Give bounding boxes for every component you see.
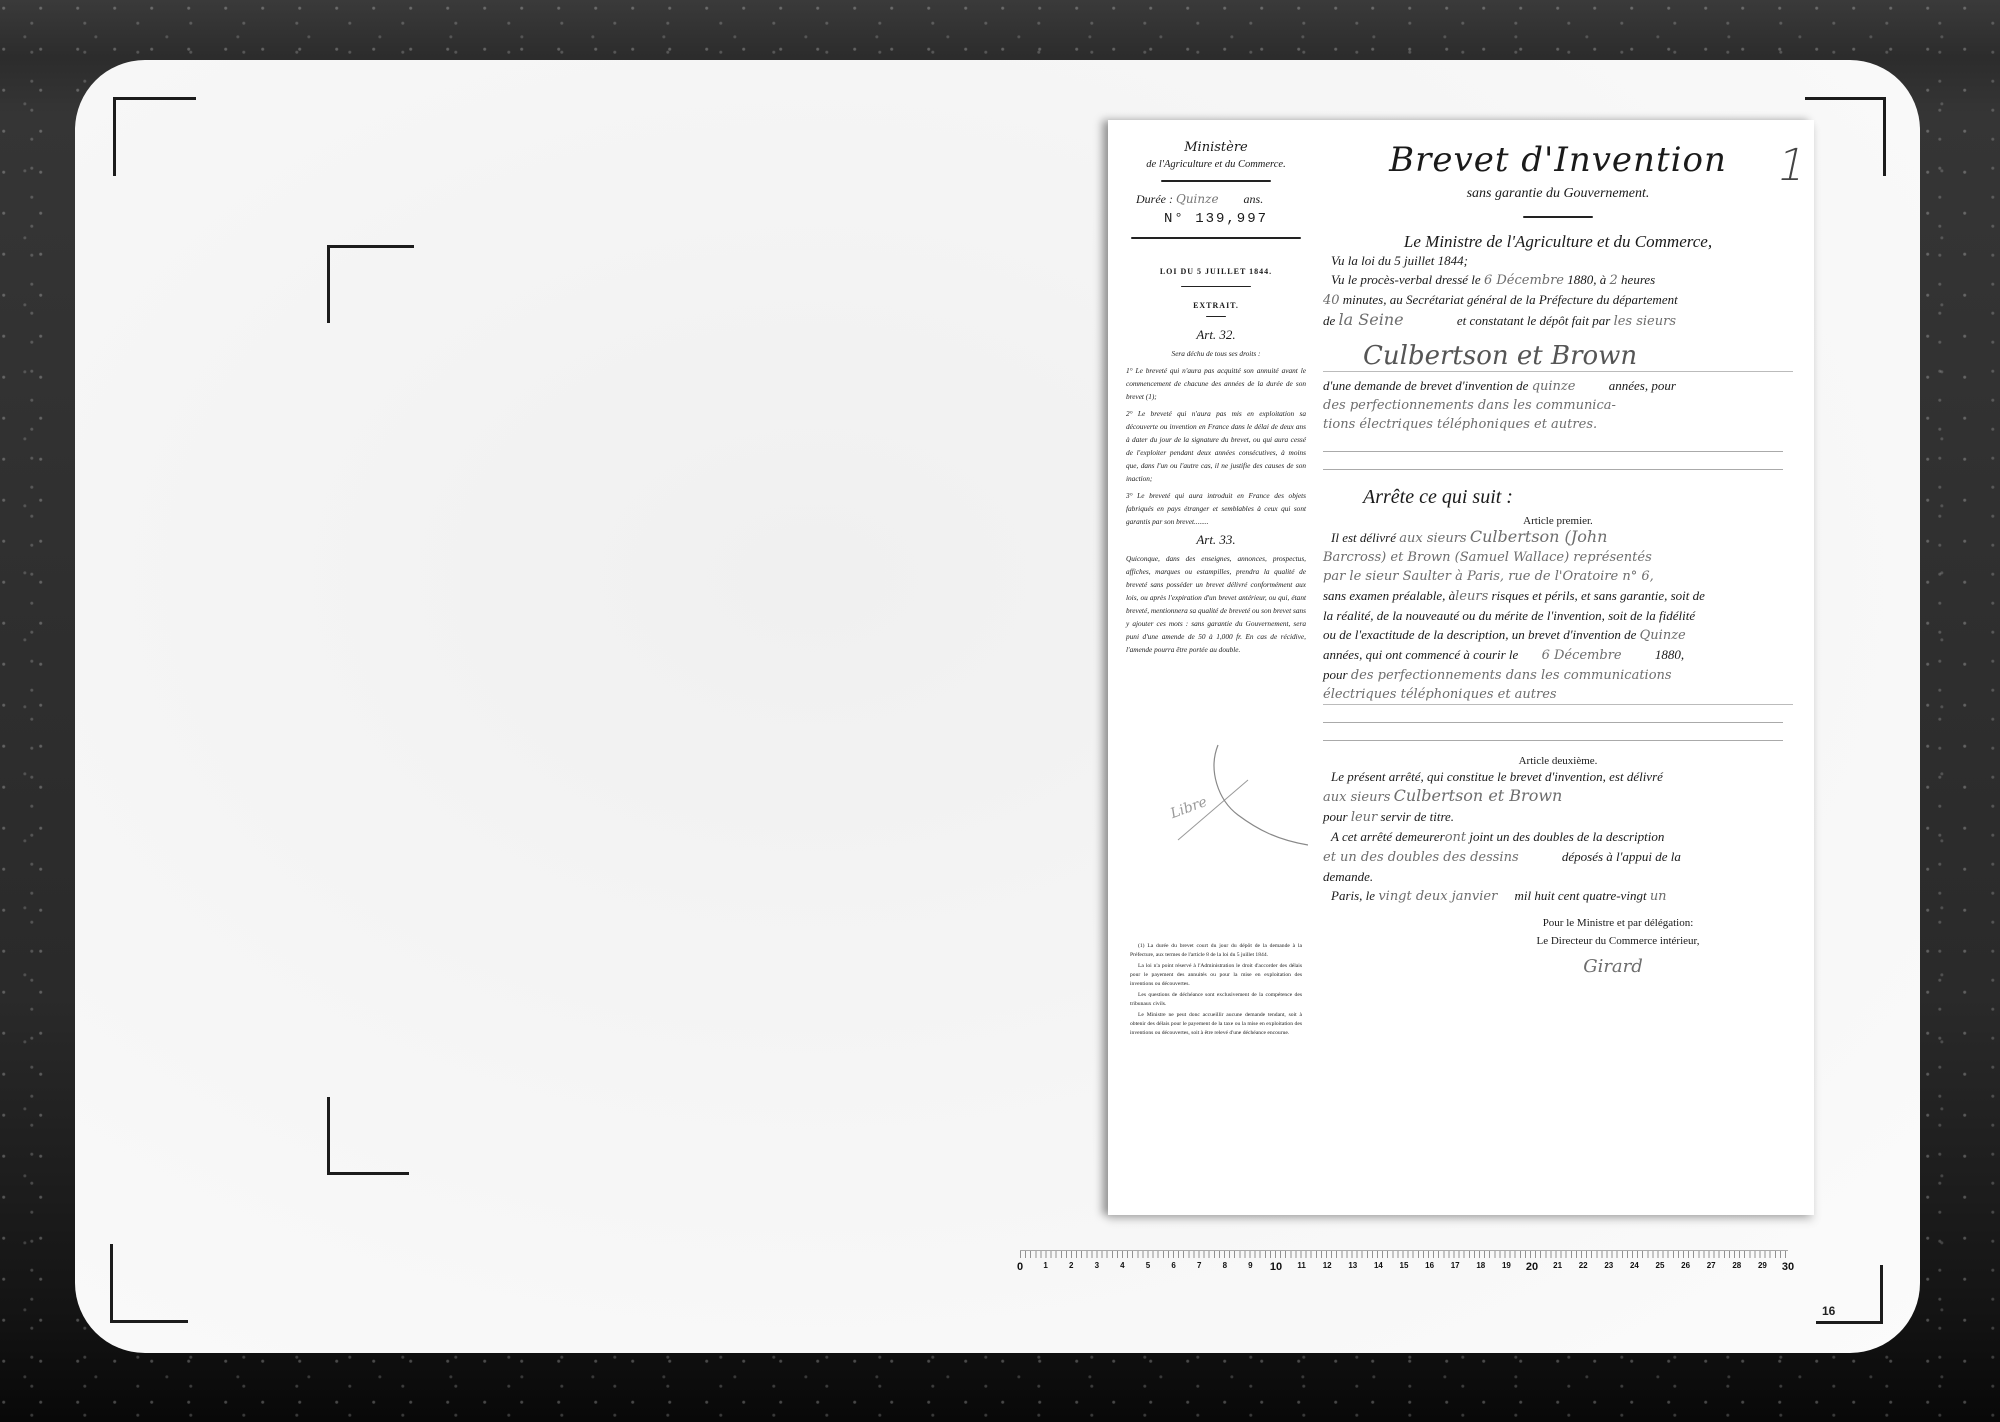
art2-joint: joint [1469, 829, 1493, 844]
ruler-label: 8 [1223, 1261, 1227, 1270]
art1-aux: aux sieurs [1399, 531, 1466, 546]
paris-prefix: Paris, le [1331, 888, 1375, 903]
ruler-label: 29 [1758, 1261, 1767, 1270]
application-line: d'une demande de brevet d'invention de q… [1323, 376, 1793, 396]
art1-start-date: 6 Décembre [1542, 648, 1622, 663]
ruler-label: 2 [1069, 1261, 1073, 1270]
ruler-label: 27 [1707, 1261, 1716, 1270]
blank-rule [1323, 434, 1783, 452]
art2-deposes: déposés à l'appui de la [1562, 849, 1681, 864]
ruler-labels: 0 1 2 3 4 5 6 7 8 9 10 11 12 13 14 15 16… [1020, 1261, 1788, 1277]
art1-duration: Quinze [1640, 628, 1686, 643]
art1-text: ou de l'exactitude de la description, un… [1323, 627, 1636, 642]
ornament-divider [1161, 180, 1271, 182]
article-1-line-2: Barcross) et Brown (Samuel Wallace) repr… [1323, 548, 1793, 567]
art2-text: A cet arrêté demeurer [1331, 829, 1445, 844]
art1-text: risques et périls, et sans garantie, soi… [1492, 588, 1705, 603]
article-32-title: Art. 32. [1126, 327, 1306, 343]
corner-mark-inner-top-left [327, 245, 414, 323]
article-1-line-6: ou de l'exactitude de la description, un… [1323, 625, 1793, 645]
corner-mark-outer-top-left [113, 97, 196, 176]
footnotes: (1) La durée du brevet court du jour du … [1130, 940, 1302, 1040]
duration-unit: ans. [1244, 192, 1264, 206]
art1-year: 1880, [1655, 647, 1684, 662]
art1-text: années, qui ont commencé à courir le [1323, 647, 1518, 662]
ruler-label: 26 [1681, 1261, 1690, 1270]
blank-rule [1323, 452, 1783, 470]
signature: Girard [1323, 958, 1793, 976]
blank-rule [1323, 705, 1783, 723]
article-1-line-1: Il est délivré aux sieurs Culbertson (Jo… [1323, 527, 1793, 548]
article-1-line-5: la réalité, de la nouveauté ou du mérite… [1323, 606, 1793, 625]
article-32-para-3: 3° Le breveté qui aura introduit en Fran… [1126, 489, 1306, 528]
ruler-label: 22 [1579, 1261, 1588, 1270]
law-reference: Vu la loi du 5 juillet 1844; [1323, 251, 1793, 270]
ruler-label: 25 [1656, 1261, 1665, 1270]
pv-date: 6 Décembre [1484, 273, 1564, 288]
pv-minutes: 40 [1323, 293, 1340, 308]
corner-mark-outer-bottom-left [110, 1244, 188, 1323]
pv-prefix: Vu le procès-verbal dressé le [1331, 272, 1481, 287]
dept-value: la Seine [1339, 310, 1404, 329]
paris-year-text: mil huit cent quatre-vingt [1515, 888, 1647, 903]
patent-document: 1 Ministère de l'Agriculture et du Comme… [1108, 120, 1814, 1215]
divider [1131, 237, 1301, 239]
art2-dessins: et un des doubles des dessins [1323, 850, 1519, 865]
ruler-label: 13 [1348, 1261, 1357, 1270]
corner-mark-inner-bottom-left [327, 1097, 409, 1175]
art2-leur: leur [1351, 810, 1377, 825]
ruler-label: 0 [1017, 1261, 1023, 1273]
ruler-label: 17 [1451, 1261, 1460, 1270]
law-heading: LOI DU 5 JUILLET 1844. [1126, 267, 1306, 276]
main-column: Brevet d'Invention sans garantie du Gouv… [1323, 140, 1793, 976]
demande-duration: quinze [1532, 379, 1576, 394]
duration-field: Durée : Quinze ans. [1126, 192, 1306, 207]
blank-rule [1323, 723, 1783, 741]
ruler-label: 16 [1425, 1261, 1434, 1270]
proces-verbal-line: Vu le procès-verbal dressé le 6 Décembre… [1323, 270, 1793, 290]
document-subtitle: sans garantie du Gouvernement. [1323, 186, 1793, 202]
article-33-para: Quiconque, dans des enseignes, annonces,… [1126, 552, 1306, 656]
ruler-label: 5 [1146, 1261, 1150, 1270]
date-line: Paris, le vingt deux janvier mil huit ce… [1323, 886, 1793, 906]
pv-hour-suffix: heures [1621, 272, 1655, 287]
article-32-para-1: 1° Le breveté qui n'aura pas acquitté so… [1126, 364, 1306, 403]
art2-text: un des doubles de la description [1497, 829, 1665, 844]
article-32-intro: Sera déchu de tous ses droits : [1126, 347, 1306, 360]
arrete-heading: Arrête ce qui suit : [1323, 486, 1793, 509]
ruler-label: 4 [1120, 1261, 1124, 1270]
article-32-para-2: 2° Le breveté qui n'aura pas mis en expl… [1126, 407, 1306, 485]
ruler-label: 3 [1095, 1261, 1099, 1270]
article-2-line-4: A cet arrêté demeureront joint un des do… [1323, 827, 1793, 847]
art1-subject: des perfectionnements dans les communica… [1351, 668, 1672, 683]
ruler-label: 7 [1197, 1261, 1201, 1270]
ruler-label: 23 [1604, 1261, 1613, 1270]
subject-line-1: des perfectionnements dans les communica… [1323, 396, 1793, 415]
ruler-label: 15 [1400, 1261, 1409, 1270]
document-title: Brevet d'Invention [1323, 140, 1793, 180]
number-value: 139,997 [1195, 211, 1268, 227]
ruler-label: 12 [1323, 1261, 1332, 1270]
subject-line-2: tions électriques téléphoniques et autre… [1323, 415, 1793, 434]
ruler-label: 9 [1248, 1261, 1252, 1270]
footnote-4: Le Ministre ne peut donc accueillir aucu… [1130, 1011, 1302, 1038]
department-line: de la Seine et constatant le dépôt fait … [1323, 310, 1793, 331]
ruler-label: 11 [1297, 1261, 1305, 1270]
patent-number: N° 139,997 [1126, 211, 1306, 227]
article-1-line-4: sans examen préalable, àleurs risques et… [1323, 586, 1793, 606]
article-1-line-8: pour des perfectionnements dans les comm… [1323, 665, 1793, 685]
deposit-text: et constatant le dépôt fait par [1457, 313, 1610, 328]
pv-hour: 2 [1610, 273, 1618, 288]
signature-line-1: Pour le Ministre et par délégation: [1323, 914, 1793, 932]
page-number: 16 [1822, 1304, 1835, 1318]
ruler-label: 28 [1732, 1261, 1741, 1270]
art1-leurs: leurs [1455, 589, 1488, 604]
minutes-line: 40 minutes, au Secrétariat général de la… [1323, 290, 1793, 310]
footnote-1: (1) La durée du brevet court du jour du … [1130, 942, 1302, 960]
article-33-title: Art. 33. [1126, 532, 1306, 548]
ruler-label: 18 [1476, 1261, 1485, 1270]
ruler-label: 19 [1502, 1261, 1511, 1270]
corner-mark-outer-top-right [1805, 97, 1886, 176]
demande-suffix: années, pour [1609, 378, 1676, 393]
extract-heading: EXTRAIT. [1126, 301, 1306, 310]
measurement-ruler: 0 1 2 3 4 5 6 7 8 9 10 11 12 13 14 15 16… [1020, 1250, 1788, 1280]
ruler-label: 30 [1782, 1261, 1794, 1273]
duration-label: Durée : [1136, 192, 1173, 206]
ruler-label: 21 [1553, 1261, 1562, 1270]
dept-prefix: de [1323, 313, 1335, 328]
signature-line-2: Le Directeur du Commerce intérieur, [1323, 932, 1793, 950]
number-label: N° [1164, 211, 1185, 227]
article-1-line-9: électriques téléphoniques et autres [1323, 685, 1793, 705]
art2-pour: pour [1323, 809, 1348, 824]
ministry-heading: Ministère [1126, 140, 1306, 155]
ruler-label: 20 [1526, 1261, 1538, 1273]
duration-value: Quinze [1176, 192, 1219, 206]
art1-name: Culbertson (John [1470, 527, 1608, 546]
divider [1206, 316, 1226, 317]
pv-minutes-suffix: minutes, au Secrétariat général de la Pr… [1343, 292, 1678, 307]
article-2-line-2: aux sieurs Culbertson et Brown [1323, 786, 1793, 807]
pencil-annotation-mark [1168, 740, 1308, 850]
article-2-title: Article deuxième. [1323, 755, 1793, 767]
ruler-label: 6 [1171, 1261, 1175, 1270]
minister-line: Le Ministre de l'Agriculture et du Comme… [1323, 232, 1793, 251]
article-2-line-5: et un des doubles des dessins déposés à … [1323, 847, 1793, 867]
paris-year-handwritten: un [1650, 889, 1667, 904]
art1-prefix: Il est délivré [1331, 530, 1396, 545]
ministry-department: de l'Agriculture et du Commerce. [1126, 159, 1306, 170]
article-1-title: Article premier. [1323, 515, 1793, 527]
article-2-line-3: pour leur servir de titre. [1323, 807, 1793, 827]
art2-servir: servir de titre. [1381, 809, 1455, 824]
footnote-3: Les questions de déchéance sont exclusiv… [1130, 991, 1302, 1009]
ruler-label: 24 [1630, 1261, 1639, 1270]
ornament-divider [1523, 216, 1593, 218]
article-1-line-3: par le sieur Saulter à Paris, rue de l'O… [1323, 567, 1793, 586]
deposit-by: les sieurs [1614, 314, 1676, 329]
applicants-name: Culbertson et Brown [1323, 341, 1793, 372]
ruler-label: 1 [1043, 1261, 1047, 1270]
pv-time-prefix: , à [1593, 272, 1606, 287]
pv-year: 1880 [1567, 272, 1593, 287]
article-2-line-1: Le présent arrêté, qui constitue le brev… [1323, 767, 1793, 786]
ruler-label: 10 [1270, 1261, 1282, 1273]
art2-ont: ont [1445, 830, 1466, 845]
ruler-ticks [1020, 1250, 1788, 1258]
ruler-label: 14 [1374, 1261, 1383, 1270]
art1-text: sans examen préalable, à [1323, 588, 1455, 603]
art2-names: Culbertson et Brown [1394, 786, 1563, 805]
art2-aux: aux sieurs [1323, 790, 1390, 805]
art1-pour: pour [1323, 667, 1348, 682]
footnote-2: La loi n'a point réservé à l'Administrat… [1130, 962, 1302, 989]
demande-prefix: d'une demande de brevet d'invention de [1323, 378, 1528, 393]
article-1-line-7: années, qui ont commencé à courir le 6 D… [1323, 645, 1793, 665]
paris-date: vingt deux janvier [1378, 889, 1497, 904]
article-2-line-6: demande. [1323, 867, 1793, 886]
left-column: Ministère de l'Agriculture et du Commerc… [1126, 140, 1306, 660]
divider [1181, 286, 1251, 288]
